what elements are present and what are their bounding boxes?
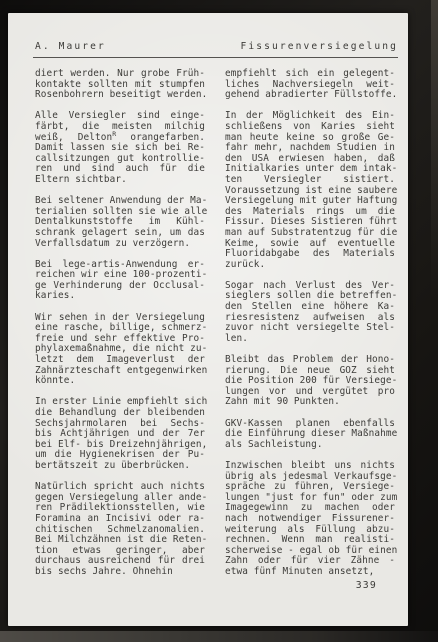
text-line: könnte. <box>35 376 205 387</box>
text-line: empfiehlt sich ein gelegent- <box>225 69 395 80</box>
text-line: nach notwendiger Fissurener- <box>225 514 395 525</box>
paragraph: diert werden. Nur grobe Früh-kontakte so… <box>35 69 205 101</box>
paragraph: Sogar nach Verlust des Ver-sieglers soll… <box>225 281 395 345</box>
running-head: A. Maurer Fissurenversiegelung <box>35 41 398 52</box>
text-line: gehend abradierter Füllstoffe. <box>225 90 395 101</box>
running-head-author: A. Maurer <box>35 41 106 52</box>
text-line: färbt, die meisten milchig <box>35 122 205 133</box>
paragraph: In der Möglichkeit des Ein-schließens vo… <box>225 111 395 270</box>
text-line: Verfallsdatum zu verzögern. <box>35 239 205 250</box>
text-line: Foramina an Incisivi oder ra- <box>35 514 205 525</box>
header-rule <box>33 57 398 58</box>
text-line: man auf Substratentzug für die <box>225 228 395 239</box>
text-line: Inzwischen bleibt uns nichts <box>225 461 395 472</box>
text-line: ten Versiegler sistiert. <box>225 175 395 186</box>
text-line: bis sechs Jahre. Ohnehin <box>35 567 205 578</box>
paragraph: Bei lege-artis-Anwendung er-reichen wir … <box>35 260 205 302</box>
book-page-edge <box>431 0 438 300</box>
paragraph: In erster Linie empfiehlt sichdie Behand… <box>35 397 205 471</box>
text-line: die Behandlung der bleibenden <box>35 408 205 419</box>
text-line: len. <box>225 334 395 345</box>
text-line: Zahn mit 90 Punkten. <box>225 397 395 408</box>
paragraph: Bleibt das Problem der Hono-rierung. Die… <box>225 355 395 408</box>
paragraph: Natürlich spricht auch nichtsgegen Versi… <box>35 482 205 577</box>
paragraph: Alle Versiegler sind einge-färbt, die me… <box>35 111 205 185</box>
photo-background: A. Maurer Fissurenversiegelung diert wer… <box>0 0 438 642</box>
text-line: schrank gelagert sein, um das <box>35 228 205 239</box>
text-line: schließens von Karies sieht <box>225 122 395 133</box>
text-line: zurück. <box>225 260 395 271</box>
text-line: etwa fünf Minuten ansetzt, <box>225 567 395 578</box>
paragraph: Wir sehen in der Versiegelungeine rasche… <box>35 313 205 387</box>
paragraph: GKV-Kassen planen ebenfallsdie Einführun… <box>225 419 395 451</box>
paragraph: Inzwischen bleibt uns nichtsübrig als je… <box>225 461 395 578</box>
text-line: Eltern sichtbar. <box>35 175 205 186</box>
document-page: A. Maurer Fissurenversiegelung diert wer… <box>8 13 408 626</box>
text-line: karies. <box>35 291 205 302</box>
column-left: diert werden. Nur grobe Früh-kontakte so… <box>35 69 205 588</box>
text-line: diert werden. Nur grobe Früh- <box>35 69 205 80</box>
running-head-title: Fissurenversiegelung <box>240 41 398 52</box>
table-surface-strip <box>0 631 438 642</box>
column-right: empfiehlt sich ein gelegent-liches Nachv… <box>225 69 395 588</box>
page-number: 339 <box>225 580 377 591</box>
text-line: Rosenbohrern beseitigt werden. <box>35 90 205 101</box>
text-line: bertätszeit zu überbrücken. <box>35 461 205 472</box>
registered-superscript: R <box>112 129 116 137</box>
paragraph: empfiehlt sich ein gelegent-liches Nachv… <box>225 69 395 101</box>
text-line: als Sachleistung. <box>225 440 395 451</box>
paragraph: Bei seltener Anwendung der Ma-terialien … <box>35 196 205 249</box>
text-line: zuvor nicht versiegelte Stel- <box>225 323 395 334</box>
